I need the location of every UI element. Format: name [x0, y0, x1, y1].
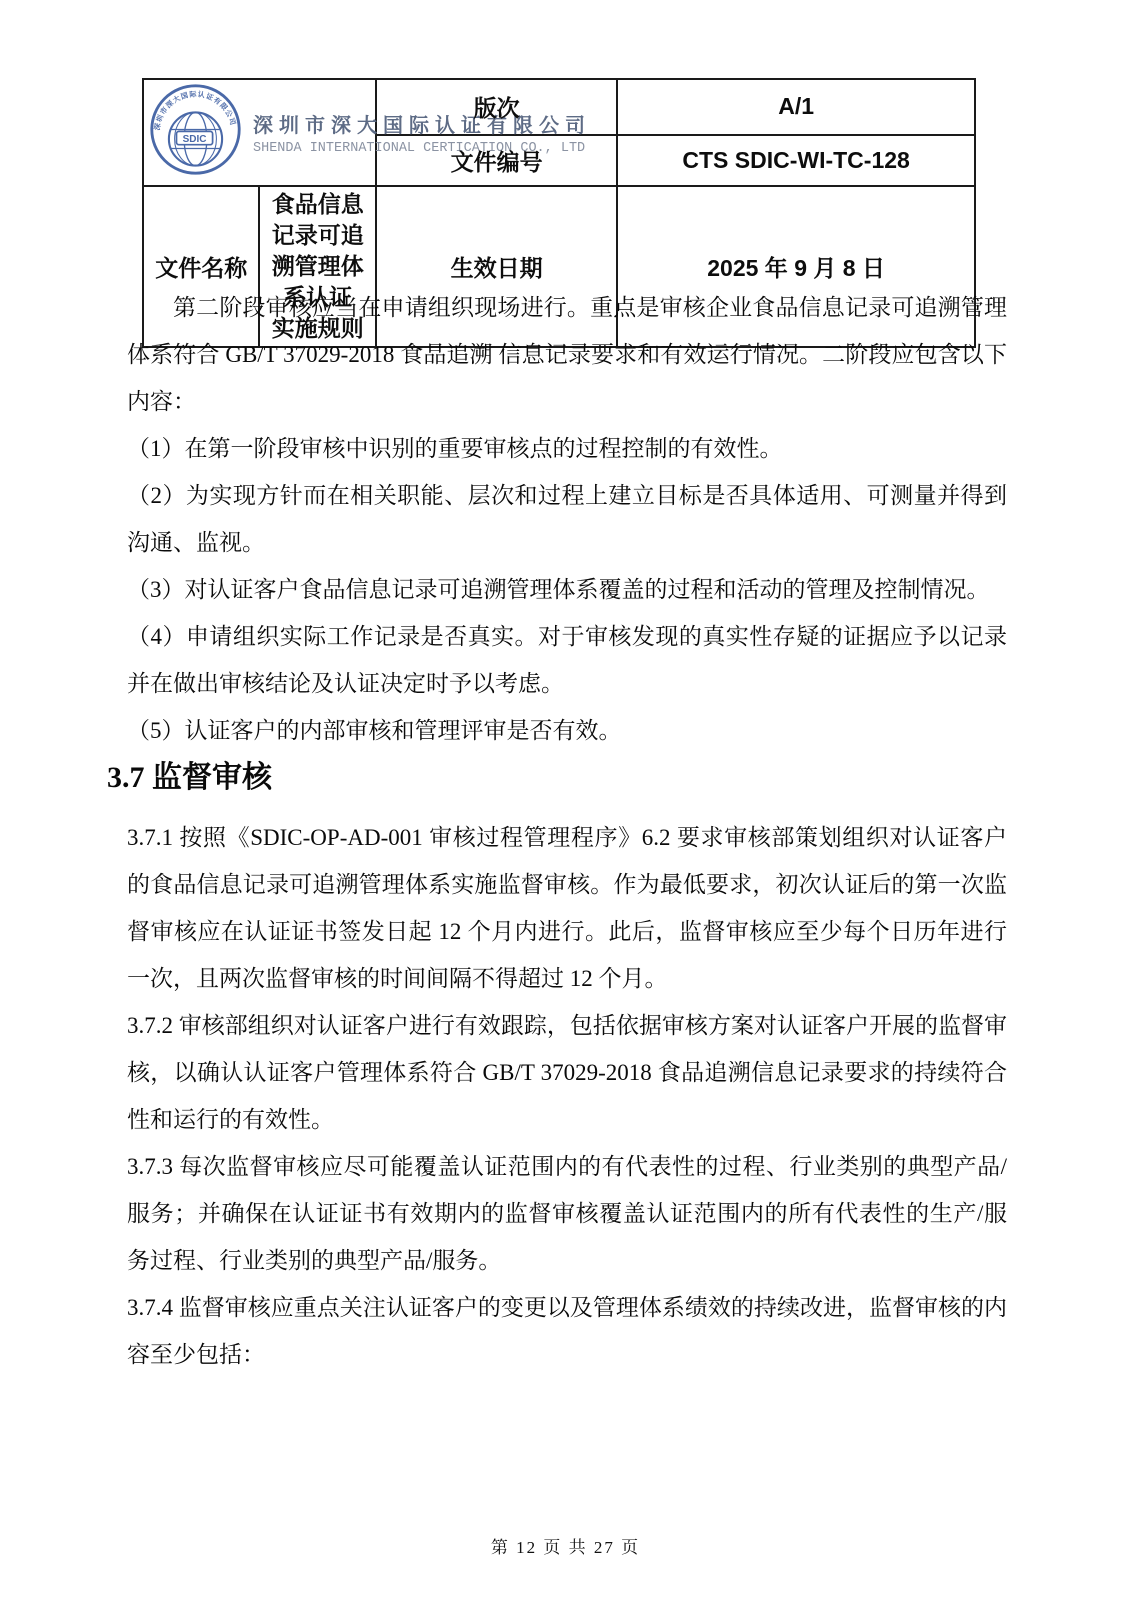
- doc-number-value: CTS SDIC-WI-TC-128: [617, 135, 975, 186]
- paragraph-3-7-1: 3.7.1 按照《SDIC-OP-AD-001 审核过程管理程序》6.2 要求审…: [127, 814, 1007, 1002]
- company-name-cn: 深圳市深大国际认证有限公司: [253, 109, 591, 138]
- logo-sdic-text: SDIC: [183, 134, 207, 145]
- company-logo-cell: 深圳市深大国际认证有限公司 SDIC 深圳市深大国际认证有限公司: [143, 79, 376, 186]
- intro-paragraph: 第二阶段审核应当在申请组织现场进行。重点是审核企业食品信息记录可追溯管理体系符合…: [127, 284, 1007, 425]
- paragraph-3-7-3: 3.7.3 每次监督审核应尽可能覆盖认证范围内的有代表性的过程、行业类别的典型产…: [127, 1143, 1007, 1284]
- section-heading-3-7: 3.7 监督审核: [107, 754, 1007, 814]
- list-item-1: （1）在第一阶段审核中识别的重要审核点的过程控制的有效性。: [127, 425, 1007, 472]
- document-page: 深圳市深大国际认证有限公司 SDIC 深圳市深大国际认证有限公司: [0, 0, 1131, 1600]
- paragraph-3-7-4: 3.7.4 监督审核应重点关注认证客户的变更以及管理体系绩效的持续改进，监督审核…: [127, 1284, 1007, 1378]
- version-value: A/1: [617, 79, 975, 135]
- list-item-3: （3）对认证客户食品信息记录可追溯管理体系覆盖的过程和活动的管理及控制情况。: [127, 566, 1007, 613]
- list-item-5: （5）认证客户的内部审核和管理评审是否有效。: [127, 707, 1007, 754]
- company-logo-icon: 深圳市深大国际认证有限公司 SDIC: [148, 82, 243, 183]
- document-body: 第二阶段审核应当在申请组织现场进行。重点是审核企业食品信息记录可追溯管理体系符合…: [127, 284, 1007, 1378]
- page-number-footer: 第 12 页 共 27 页: [0, 1533, 1131, 1558]
- paragraph-3-7-2: 3.7.2 审核部组织对认证客户进行有效跟踪，包括依据审核方案对认证客户开展的监…: [127, 1002, 1007, 1143]
- list-item-2: （2）为实现方针而在相关职能、层次和过程上建立目标是否具体适用、可测量并得到沟通…: [127, 472, 1007, 566]
- list-item-4: （4）申请组织实际工作记录是否真实。对于审核发现的真实性存疑的证据应予以记录并在…: [127, 613, 1007, 707]
